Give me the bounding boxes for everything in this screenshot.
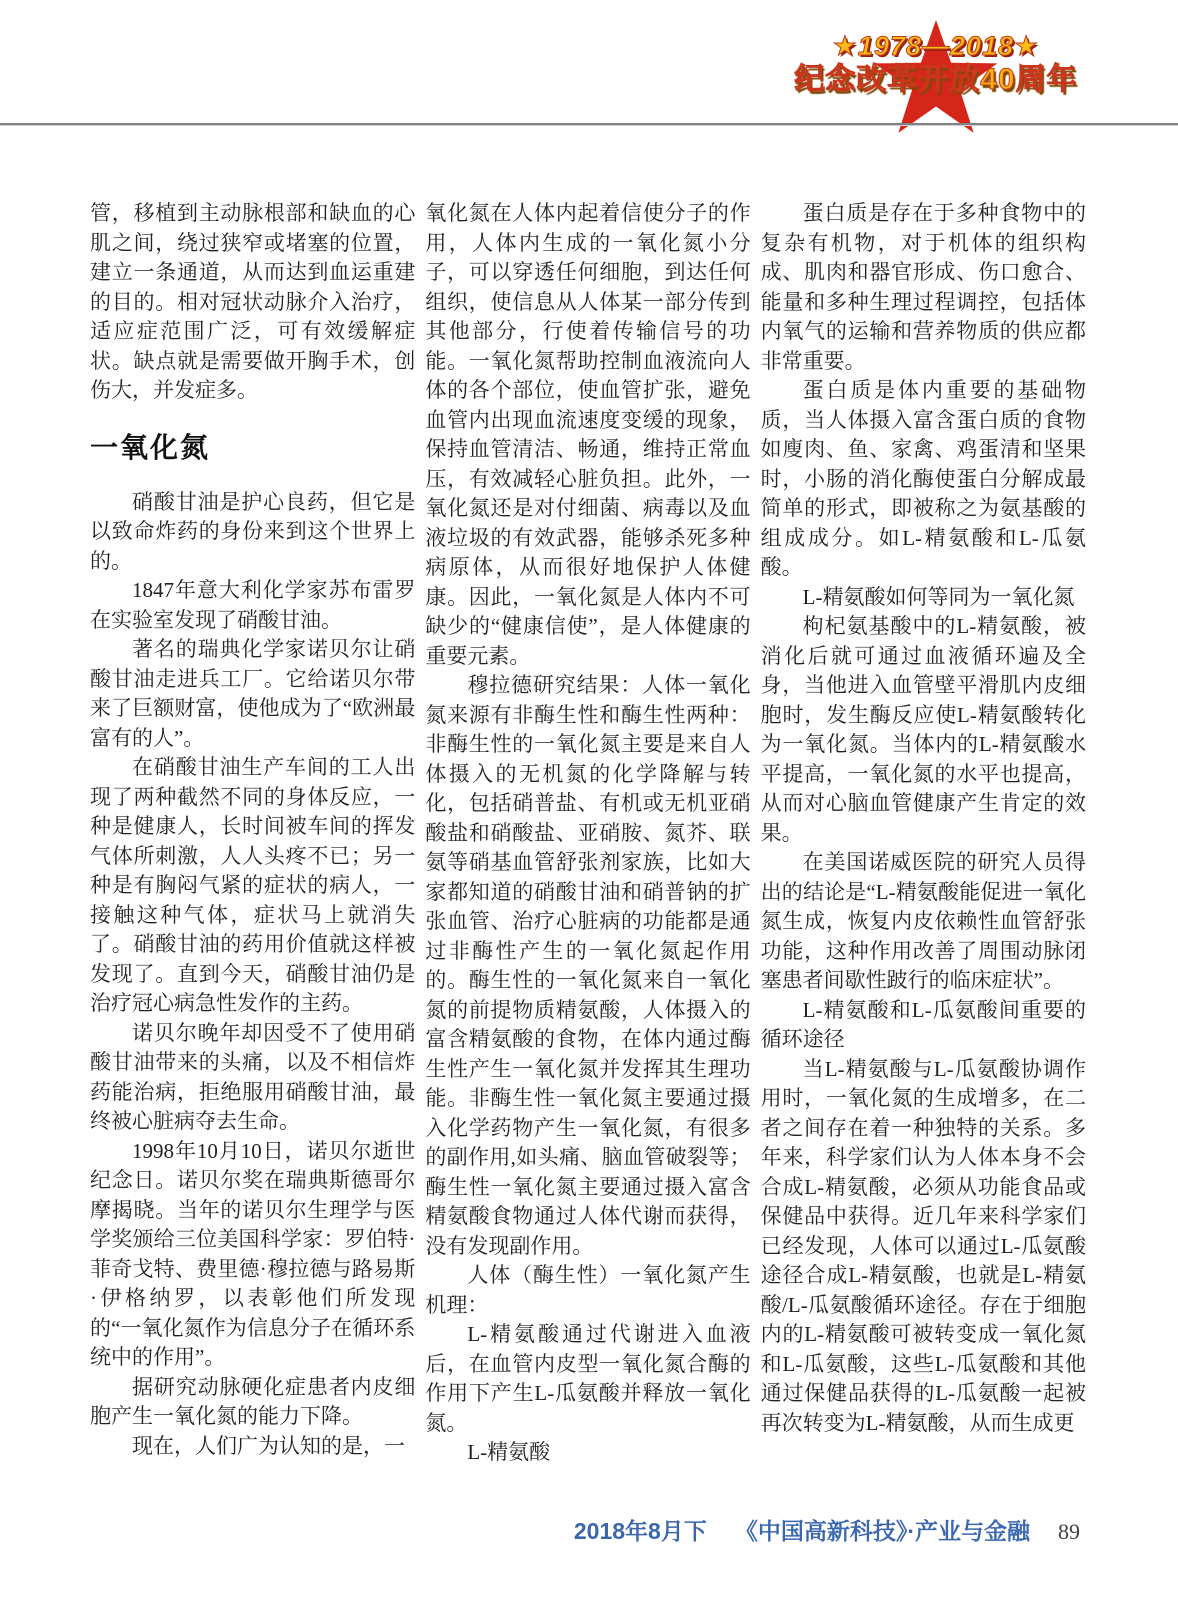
paragraph: 现在，人们广为认知的是，一	[90, 1432, 415, 1462]
paragraph: 硝酸甘油是护心良药，但它是以致命炸药的身份来到这个世界上的。	[90, 488, 415, 577]
paragraph: 穆拉德研究结果：人体一氧化氮来源有非酶生性和酶生性两种：非酶生性的一氧化氮主要是…	[425, 671, 750, 1261]
logo-years: ★1978—2018★	[790, 30, 1082, 62]
header-divider	[0, 123, 1178, 126]
paragraph: 氧化氮在人体内起着信使分子的作用，人体内生成的一氧化氮小分子，可以穿透任何细胞，…	[425, 199, 750, 671]
paragraph: 枸杞氨基酸中的L-精氨酸，被消化后就可通过血液循环遍及全身，当他进入血管壁平滑肌…	[761, 612, 1086, 848]
footer-issue: 2018年8月下	[574, 1513, 707, 1546]
paragraph: 1998年10月10日，诺贝尔逝世纪念日。诺贝尔奖在瑞典斯德哥尔摩揭晓。当年的诺…	[90, 1137, 415, 1373]
paragraph: L-精氨酸	[425, 1438, 750, 1468]
paragraph: 当L-精氨酸与L-瓜氨酸协调作用时，一氧化氮的生成增多，在二者之间存在着一种独特…	[761, 1055, 1086, 1439]
paragraph: 据研究动脉硬化症患者内皮细胞产生一氧化氮的能力下降。	[90, 1373, 415, 1432]
section-heading: 一氧化氮	[90, 431, 415, 465]
page-footer: 2018年8月下 《中国高新科技》·产业与金融 89	[574, 1513, 1080, 1546]
paragraph: L-精氨酸如何等同为一氧化氮	[761, 583, 1086, 613]
footer-journal: 《中国高新科技》·产业与金融	[735, 1513, 1030, 1546]
logo-slogan: 纪念改革开放40周年	[790, 62, 1082, 98]
article-body: 管，移植到主动脉根部和缺血的心肌之间，绕过狭窄或堵塞的位置，建立一条通道，从而达…	[90, 199, 1086, 1468]
paragraph: 著名的瑞典化学家诺贝尔让硝酸甘油走进兵工厂。它给诺贝尔带来了巨额财富，使他成为了…	[90, 635, 415, 753]
paragraph: 蛋白质是体内重要的基础物质，当人体摄入富含蛋白质的食物如廋肉、鱼、家禽、鸡蛋清和…	[761, 376, 1086, 583]
paragraph: 在美国诺威医院的研究人员得出的结论是“L-精氨酸能促进一氧化氮生成，恢复内皮依赖…	[761, 848, 1086, 996]
paragraph: 蛋白质是存在于多种食物中的复杂有机物，对于机体的组织构成、肌肉和器官形成、伤口愈…	[761, 199, 1086, 376]
paragraph: 诺贝尔晚年却因受不了使用硝酸甘油带来的头痛，以及不相信炸药能治病，拒绝服用硝酸甘…	[90, 1019, 415, 1137]
page-number: 89	[1058, 1519, 1080, 1545]
article-column-1: 管，移植到主动脉根部和缺血的心肌之间，绕过狭窄或堵塞的位置，建立一条通道，从而达…	[90, 199, 415, 1468]
paragraph: 管，移植到主动脉根部和缺血的心肌之间，绕过狭窄或堵塞的位置，建立一条通道，从而达…	[90, 199, 415, 406]
paragraph: 在硝酸甘油生产车间的工人出现了两种截然不同的身体反应，一种是健康人，长时间被车间…	[90, 753, 415, 1019]
paragraph: 1847年意大利化学家苏布雷罗在实验室发现了硝酸甘油。	[90, 576, 415, 635]
article-column-2: 氧化氮在人体内起着信使分子的作用，人体内生成的一氧化氮小分子，可以穿透任何细胞，…	[425, 199, 750, 1468]
paragraph: L-精氨酸和L-瓜氨酸间重要的循环途径	[761, 996, 1086, 1055]
anniversary-logo: ★1978—2018★ 纪念改革开放40周年	[790, 30, 1082, 116]
article-column-3: 蛋白质是存在于多种食物中的复杂有机物，对于机体的组织构成、肌肉和器官形成、伤口愈…	[761, 199, 1086, 1468]
magazine-page: ★1978—2018★ 纪念改革开放40周年 管，移植到主动脉根部和缺血的心肌之…	[0, 0, 1178, 1600]
paragraph: 人体（酶生性）一氧化氮产生机理：	[425, 1261, 750, 1320]
paragraph: L-精氨酸通过代谢进入血液后，在血管内皮型一氧化氮合酶的作用下产生L-瓜氨酸并释…	[425, 1320, 750, 1438]
